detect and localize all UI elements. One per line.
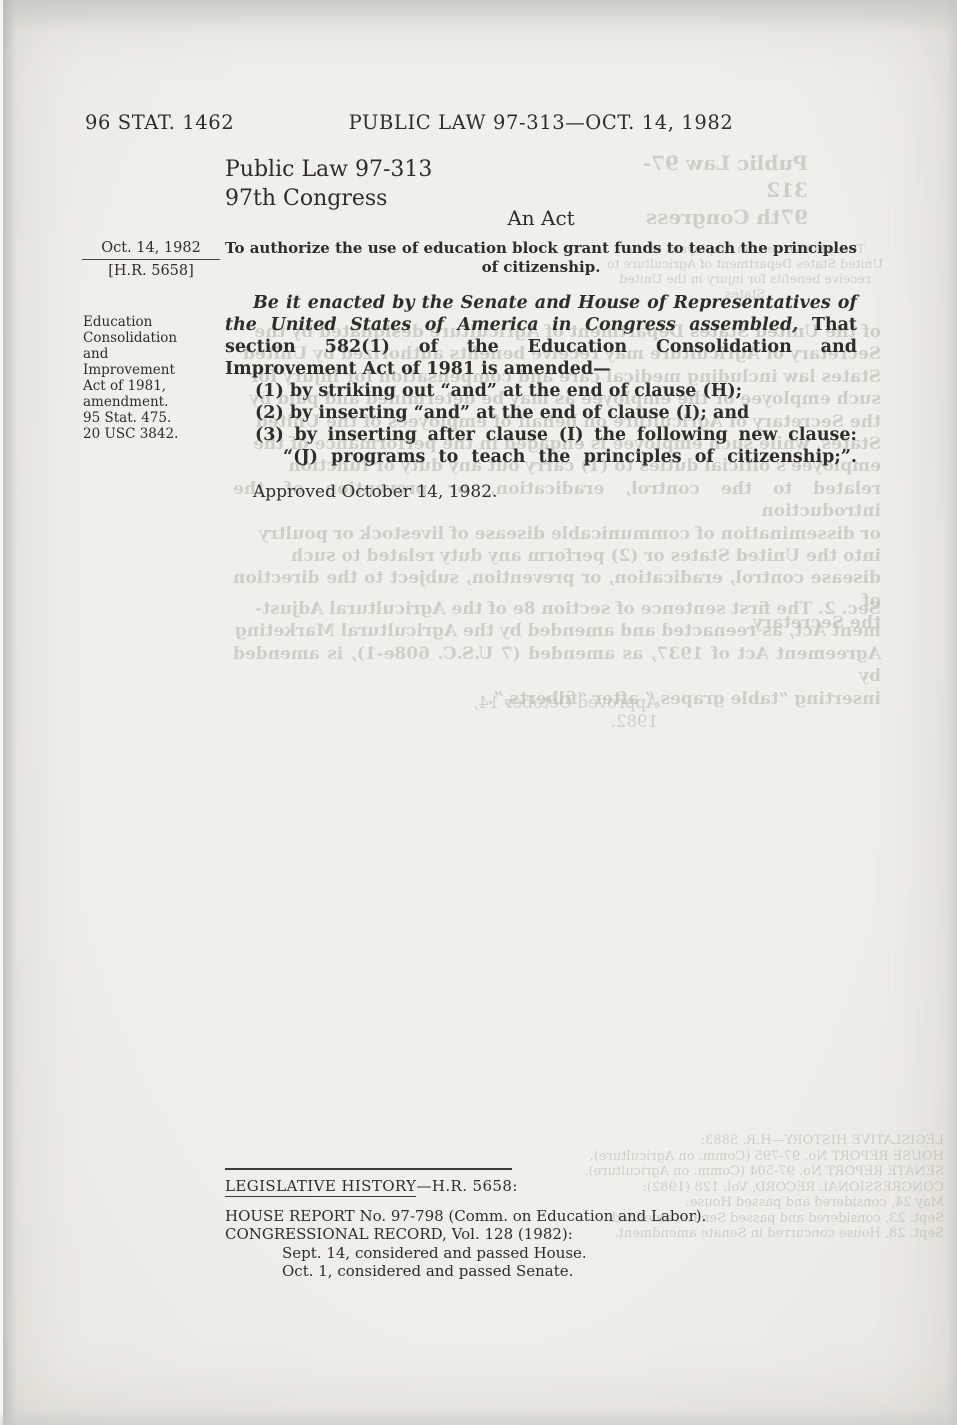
amendment-clause-2: (2) by inserting “and” at the end of cla… [225,402,857,424]
bleed-reverse-approved: Approved October 14, 1982. [448,693,658,731]
scan-edge-left-highlight [0,0,3,1425]
senate-action-line: Oct. 1, considered and passed Senate. [225,1263,825,1281]
margin-note-date: Oct. 14, 1982 [82,240,220,257]
margin-note-line: 20 USC 3842. [83,426,221,442]
margin-note-date-block: Oct. 14, 1982 [H.R. 5658] [82,240,220,280]
margin-note-bill-number: [H.R. 5658] [82,263,220,280]
bleed-line: Agreement Act of 1937, as amended (7 U.S… [233,643,881,688]
running-law-header: PUBLIC LAW 97-313—OCT. 14, 1982 [225,111,857,134]
purpose-clause: To authorize the use of education block … [225,239,857,276]
bleed-line: LEGISLATIVE HISTORY—H.R. 5883: [552,1133,944,1149]
margin-note-rule [82,259,220,260]
legislative-history-rule [225,1168,512,1170]
bleed-line: Public Law 97-312 [612,150,808,204]
bleed-line: into the United States or (2) perform an… [233,545,881,567]
margin-note-line: Improvement [83,362,221,378]
legislative-history-heading-rest: —H.R. 5658: [416,1177,517,1195]
bleed-line: ment Act, as reenacted and amended by th… [233,620,881,642]
stat-page-number: 96 STAT. 1462 [85,111,234,134]
bleed-line: Sec. 2. The first sentence of section 8e… [233,598,881,620]
approved-line: Approved October 14, 1982. [225,481,857,503]
margin-note-line: Consolidation [83,330,221,346]
house-report-line: HOUSE REPORT No. 97-798 (Comm. on Educat… [225,1208,825,1226]
enacting-clause: Be it enacted by the Senate and House of… [225,292,857,380]
scanned-statute-page: Public Law 97-31297th Congress To author… [0,0,957,1425]
scan-edge-bottom [0,1411,957,1425]
scan-edge-left [3,0,16,1425]
act-heading: An Act [225,206,857,230]
running-head: 96 STAT. 1462 PUBLIC LAW 97-313—OCT. 14,… [85,111,872,137]
bleed-line: or dissemination of communicable disease… [233,523,881,545]
amendment-clause-3: (3) by inserting after clause (I) the fo… [225,424,857,446]
margin-note-line: Act of 1981, [83,378,221,394]
law-number: Public Law 97-313 [225,156,432,185]
margin-note-line: and [83,346,221,362]
house-action-line: Sept. 14, considered and passed House. [225,1245,825,1263]
congressional-record-line: CONGRESSIONAL RECORD, Vol. 128 (1982): [225,1226,825,1244]
margin-note-line: 95 Stat. 475. [83,410,221,426]
bleed-line: Approved October 14, 1982. [448,693,658,731]
margin-note-act-citation: EducationConsolidationandImprovementAct … [83,314,221,442]
amendment-clause-1: (1) by striking out “and” at the end of … [225,380,857,402]
scan-edge-right [947,0,957,1425]
legislative-history-heading: LEGISLATIVE HISTORY—H.R. 5658: [225,1178,825,1196]
law-title-block: Public Law 97-313 97th Congress [225,156,432,213]
scan-edge-top [0,0,957,32]
statute-body: To authorize the use of education block … [225,239,857,503]
margin-note-line: amendment. [83,394,221,410]
margin-note-line: Education [83,314,221,330]
legislative-history-heading-underlined: LEGISLATIVE HISTORY [225,1177,416,1197]
enacting-clause-italic: Be it enacted by the Senate and House of… [225,293,857,335]
bleed-line: HOUSE REPORT No. 97-795 (Comm. on Agricu… [552,1149,944,1165]
legislative-history: LEGISLATIVE HISTORY—H.R. 5658: HOUSE REP… [225,1168,825,1281]
amendment-clause-j: “(J) programs to teach the principles of… [225,446,857,468]
